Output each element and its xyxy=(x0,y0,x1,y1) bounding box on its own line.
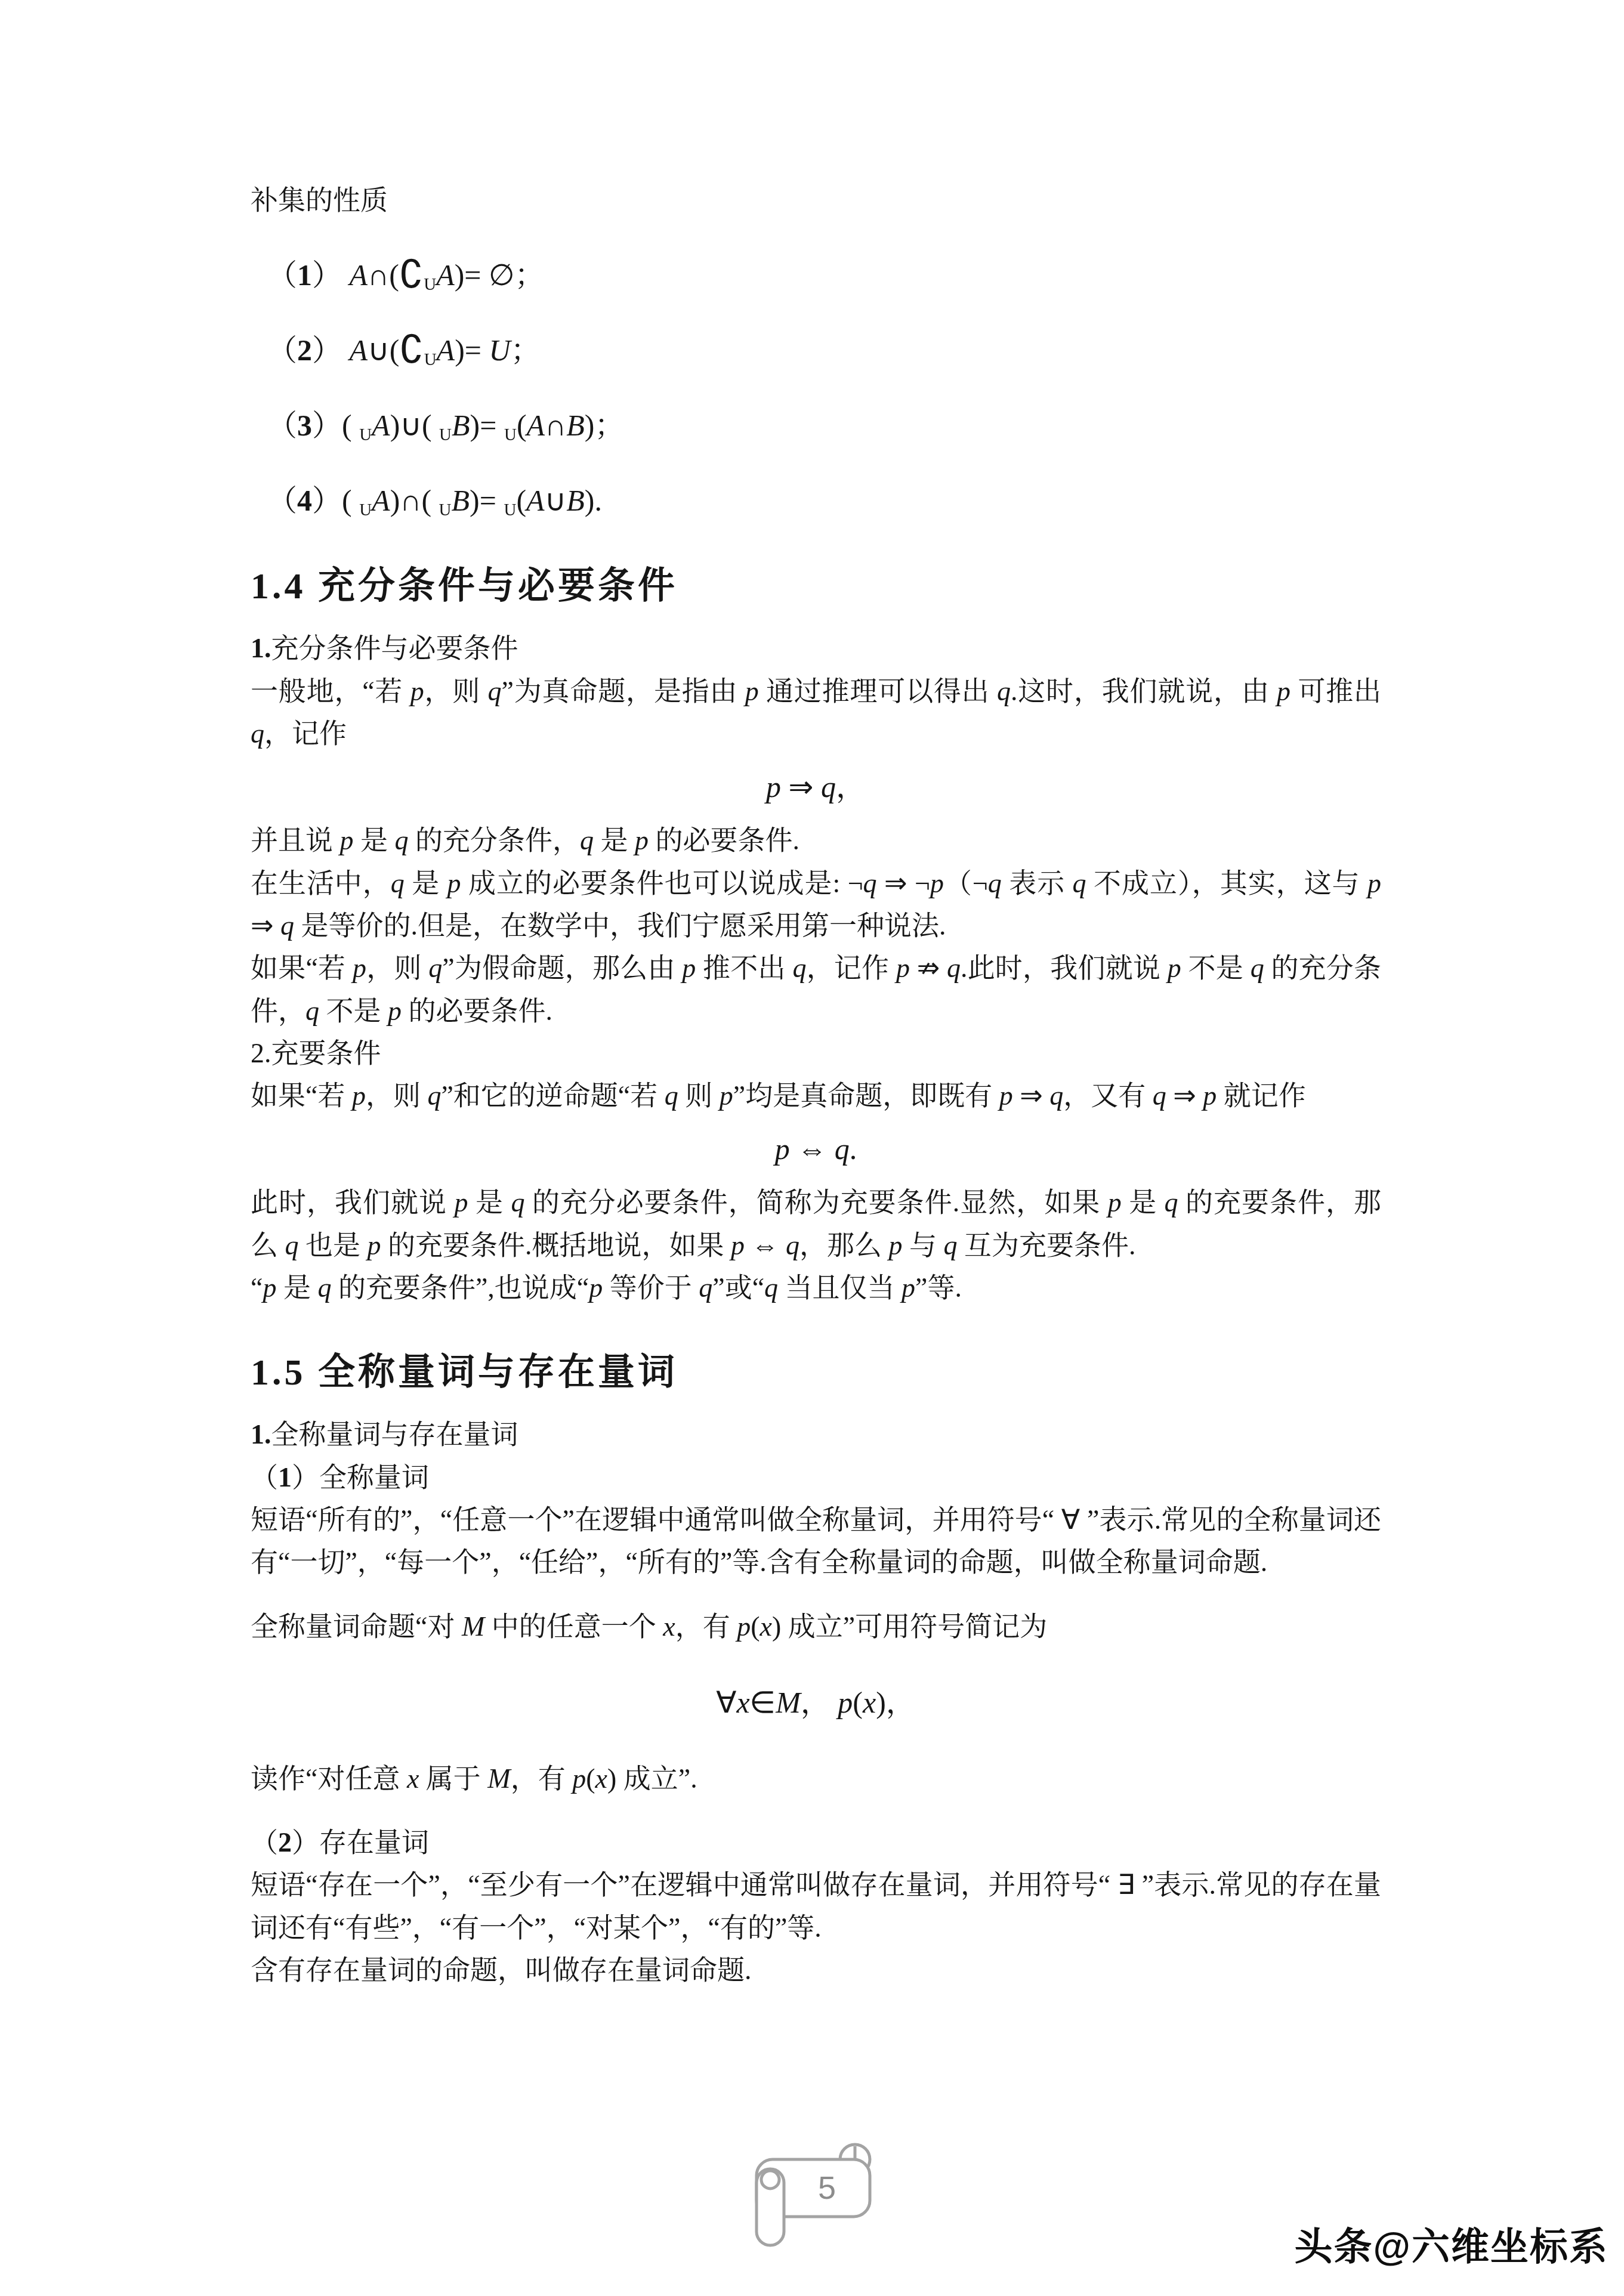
complement-properties-heading: 补集的性质 xyxy=(251,179,1381,221)
s15-paragraph-2: 全称量词命题“对 M 中的任意一个 x，有 p(x) 成立”可用符号简记为 xyxy=(251,1605,1381,1648)
scroll-icon: 5 xyxy=(731,2128,893,2254)
s15-centered-formula-forall: ∀x∈M， p(x)， xyxy=(251,1685,1381,1720)
s14-paragraph-5: 如果“若 p，则 q”和它的逆命题“若 q 则 p”均是真命题，即既有 p ⇒ … xyxy=(251,1074,1381,1117)
s15-paragraph-4: 短语“存在一个”，“至少有一个”在逻辑中通常叫做存在量词，并用符号“ ∃ ”表示… xyxy=(251,1864,1381,1949)
watermark: 头条@六维坐标系 xyxy=(1295,2216,1608,2271)
s14-subheading-2: 2.充要条件 xyxy=(251,1032,1381,1074)
s14-paragraph-6: 此时，我们就说 p 是 q 的充分必要条件，简称为充要条件.显然，如果 p 是 … xyxy=(251,1181,1381,1266)
s14-paragraph-4: 如果“若 p，则 q”为假命题，那么由 p 推不出 q，记作 p ⇏ q.此时，… xyxy=(251,947,1381,1032)
page-number: 5 xyxy=(818,2170,836,2206)
document-content: 补集的性质 （1） A∩(∁UA)= ∅； （2） A∪(∁UA)= U； （3… xyxy=(251,179,1381,1991)
s14-subheading-1: 1.充分条件与必要条件 xyxy=(251,627,1381,669)
s15-subheading-universal: （1）全称量词 xyxy=(251,1456,1381,1498)
s15-paragraph-1: 短语“所有的”，“任意一个”在逻辑中通常叫做全称量词，并用符号“ ∀ ”表示.常… xyxy=(251,1498,1381,1584)
complement-formula-4: （4）( UA)∩( UB)= U(A∪B). xyxy=(251,481,1381,522)
section-1-4-heading: 1.4 充分条件与必要条件 xyxy=(251,556,1381,609)
s15-subheading-1: 1.全称量词与存在量词 xyxy=(251,1413,1381,1456)
s14-paragraph-1: 一般地，“若 p，则 q”为真命题，是指由 p 通过推理可以得出 q.这时，我们… xyxy=(251,670,1381,755)
s15-paragraph-3: 读作“对任意 x 属于 M，有 p(x) 成立”. xyxy=(251,1757,1381,1800)
s14-centered-formula-iff: p ⇔ q. xyxy=(251,1131,1381,1167)
s14-paragraph-3: 在生活中，q 是 p 成立的必要条件也可以说成是: ¬q ⇒ ¬p（¬q 表示 … xyxy=(251,862,1381,947)
complement-formula-2: （2） A∪(∁UA)= U； xyxy=(251,331,1381,372)
document-page: 补集的性质 （1） A∩(∁UA)= ∅； （2） A∪(∁UA)= U； （3… xyxy=(0,0,1624,2296)
scroll-left-curl xyxy=(761,2171,779,2189)
s14-paragraph-2: 并且说 p 是 q 的充分条件，q 是 p 的必要条件. xyxy=(251,819,1381,861)
s15-subheading-existential: （2）存在量词 xyxy=(251,1821,1381,1864)
s14-paragraph-7: “p 是 q 的充要条件”,也说成“p 等价于 q”或“q 当且仅当 p”等. xyxy=(251,1266,1381,1309)
complement-formula-3: （3）( UA)∪( UB)= U(A∩B)； xyxy=(251,406,1381,447)
s15-paragraph-5: 含有存在量词的命题，叫做存在量词命题. xyxy=(251,1949,1381,1991)
complement-formula-1: （1） A∩(∁UA)= ∅； xyxy=(251,256,1381,296)
s14-centered-formula-implies: p ⇒ q， xyxy=(251,769,1381,805)
section-1-5-heading: 1.5 全称量词与存在量词 xyxy=(251,1342,1381,1395)
